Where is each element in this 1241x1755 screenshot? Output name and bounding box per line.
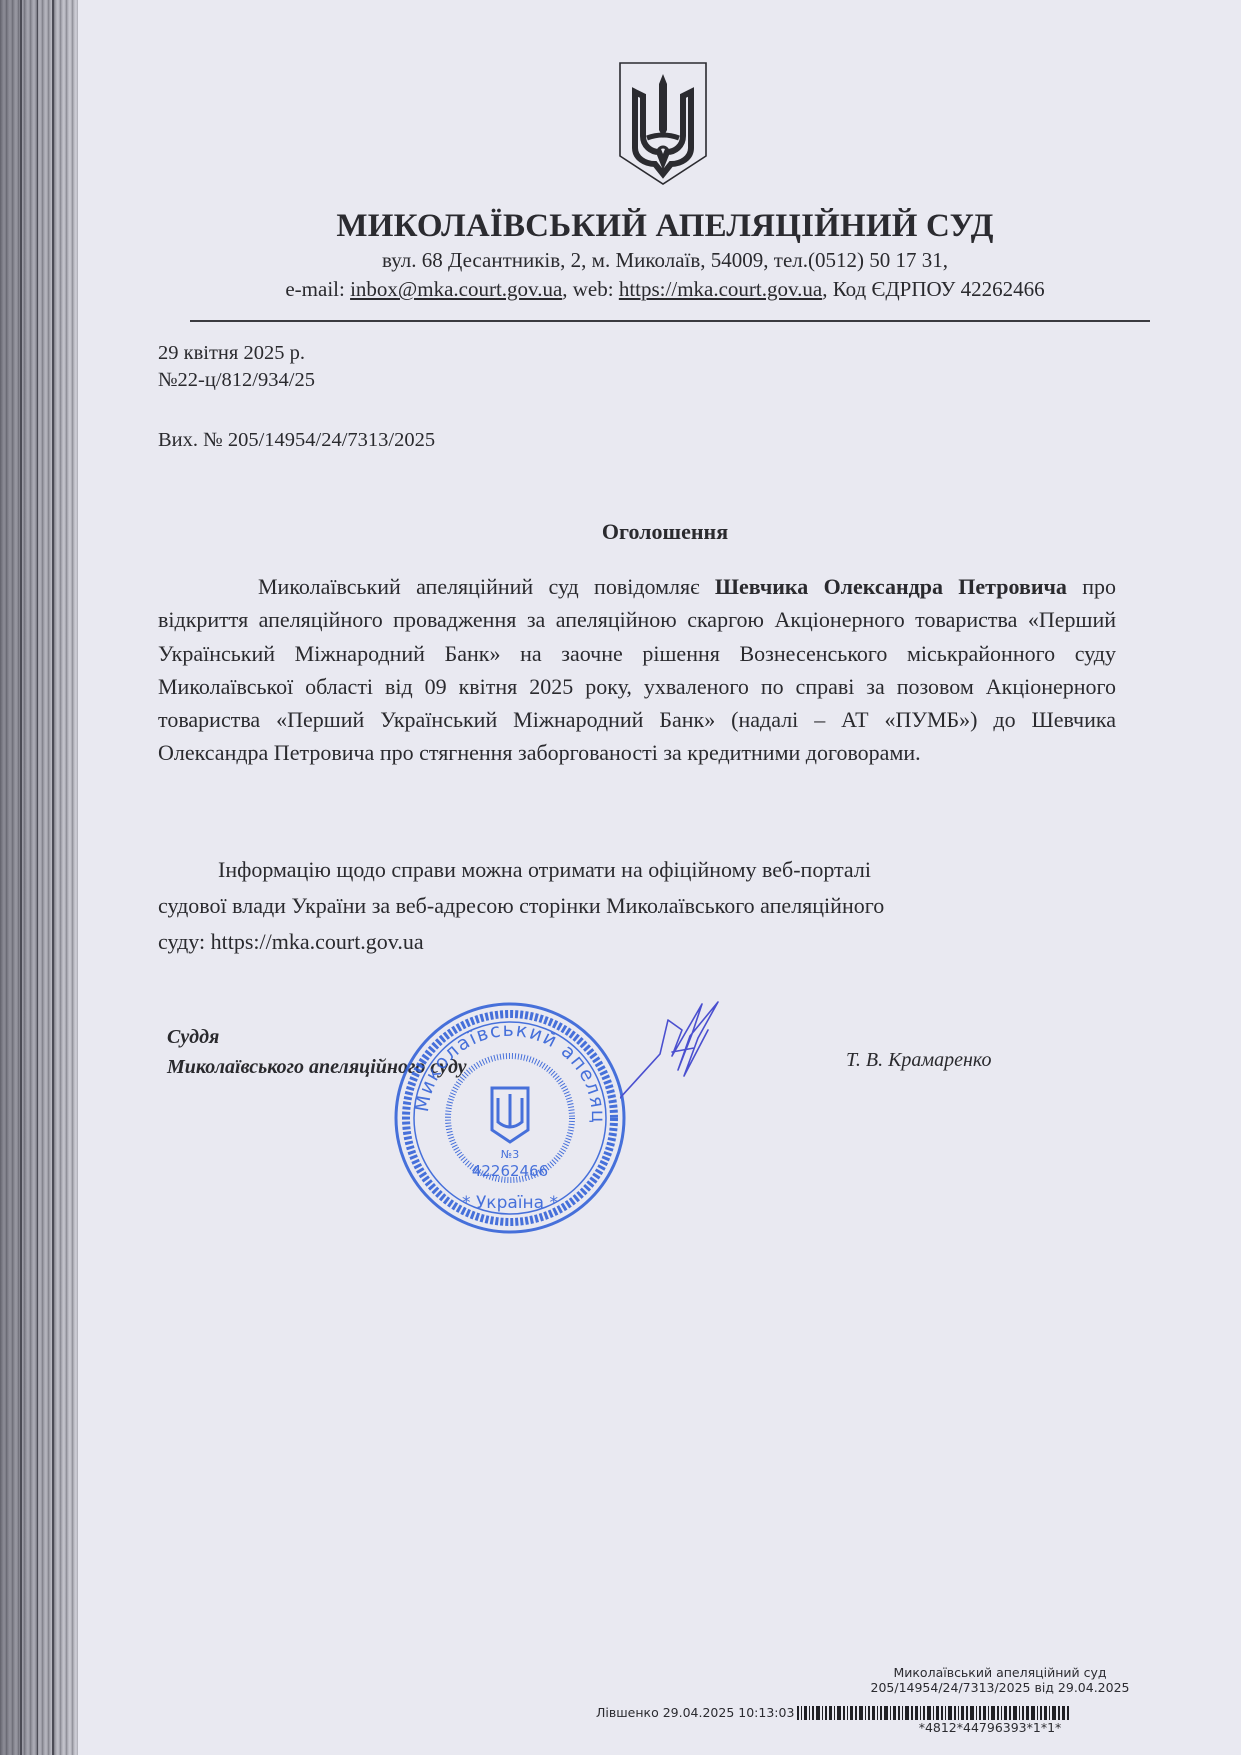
svg-text:* Україна *: * Україна * bbox=[462, 1193, 558, 1213]
announcement-heading: Оголошення bbox=[0, 519, 1241, 545]
registration-barcode bbox=[797, 1706, 1181, 1720]
info-line: судової влади України за веб-адресою сто… bbox=[158, 888, 1118, 924]
web-label: , web: bbox=[562, 277, 619, 301]
svg-text:42262466: 42262466 bbox=[472, 1162, 548, 1180]
info-paragraph: Інформацію щодо справи можна отримати на… bbox=[158, 852, 1118, 960]
judge-signature-icon bbox=[620, 990, 720, 1100]
court-address: вул. 68 Десантників, 2, м. Миколаїв, 540… bbox=[0, 248, 1241, 273]
registration-court: Миколаївський апеляційний суд bbox=[870, 1665, 1130, 1680]
judge-name: Т. В. Крамаренко bbox=[846, 1049, 992, 1072]
barcode-text: *4812*44796393*1*1* bbox=[910, 1720, 1070, 1735]
letterhead-divider bbox=[190, 320, 1150, 322]
announcement-body: Миколаївський апеляційний суд повідомляє… bbox=[158, 570, 1116, 770]
respondent-name: Шевчика Олександра Петровича bbox=[715, 574, 1067, 599]
paragraph-intro: Миколаївський апеляційний суд повідомляє bbox=[258, 574, 715, 599]
document-page: МИКОЛАЇВСЬКИЙ АПЕЛЯЦІЙНИЙ СУД вул. 68 Де… bbox=[0, 0, 1241, 1755]
svg-text:№3: №3 bbox=[501, 1148, 519, 1161]
edrpou-code: , Код ЄДРПОУ 42262466 bbox=[822, 277, 1044, 301]
trident-coat-of-arms-icon bbox=[617, 60, 709, 188]
info-line: суду: https://mka.court.gov.ua bbox=[158, 924, 1118, 960]
website-link[interactable]: https://mka.court.gov.ua bbox=[619, 277, 822, 301]
document-date: 29 квітня 2025 р. bbox=[158, 342, 305, 365]
info-line: Інформацію щодо справи можна отримати на… bbox=[158, 852, 1118, 888]
outgoing-number: Вих. № 205/14954/24/7313/2025 bbox=[158, 429, 435, 452]
case-number: №22-ц/812/934/25 bbox=[158, 369, 315, 392]
court-contacts: e-mail: inbox@mka.court.gov.ua, web: htt… bbox=[0, 277, 1241, 302]
court-seal-stamp-icon: Миколаївський апеляційний суд * Україна … bbox=[392, 1000, 628, 1236]
announcement-paragraph: Миколаївський апеляційний суд повідомляє… bbox=[158, 570, 1116, 770]
registration-number: 205/14954/24/7313/2025 від 29.04.2025 bbox=[810, 1680, 1190, 1695]
court-name-heading: МИКОЛАЇВСЬКИЙ АПЕЛЯЦІЙНИЙ СУД bbox=[0, 208, 1241, 245]
email-label: e-mail: bbox=[285, 277, 350, 301]
paragraph-body: про відкриття апеляційного провадження з… bbox=[158, 574, 1116, 765]
email-link[interactable]: inbox@mka.court.gov.ua bbox=[350, 277, 562, 301]
registration-operator-timestamp: Лівшенко 29.04.2025 10:13:03 bbox=[596, 1705, 794, 1720]
